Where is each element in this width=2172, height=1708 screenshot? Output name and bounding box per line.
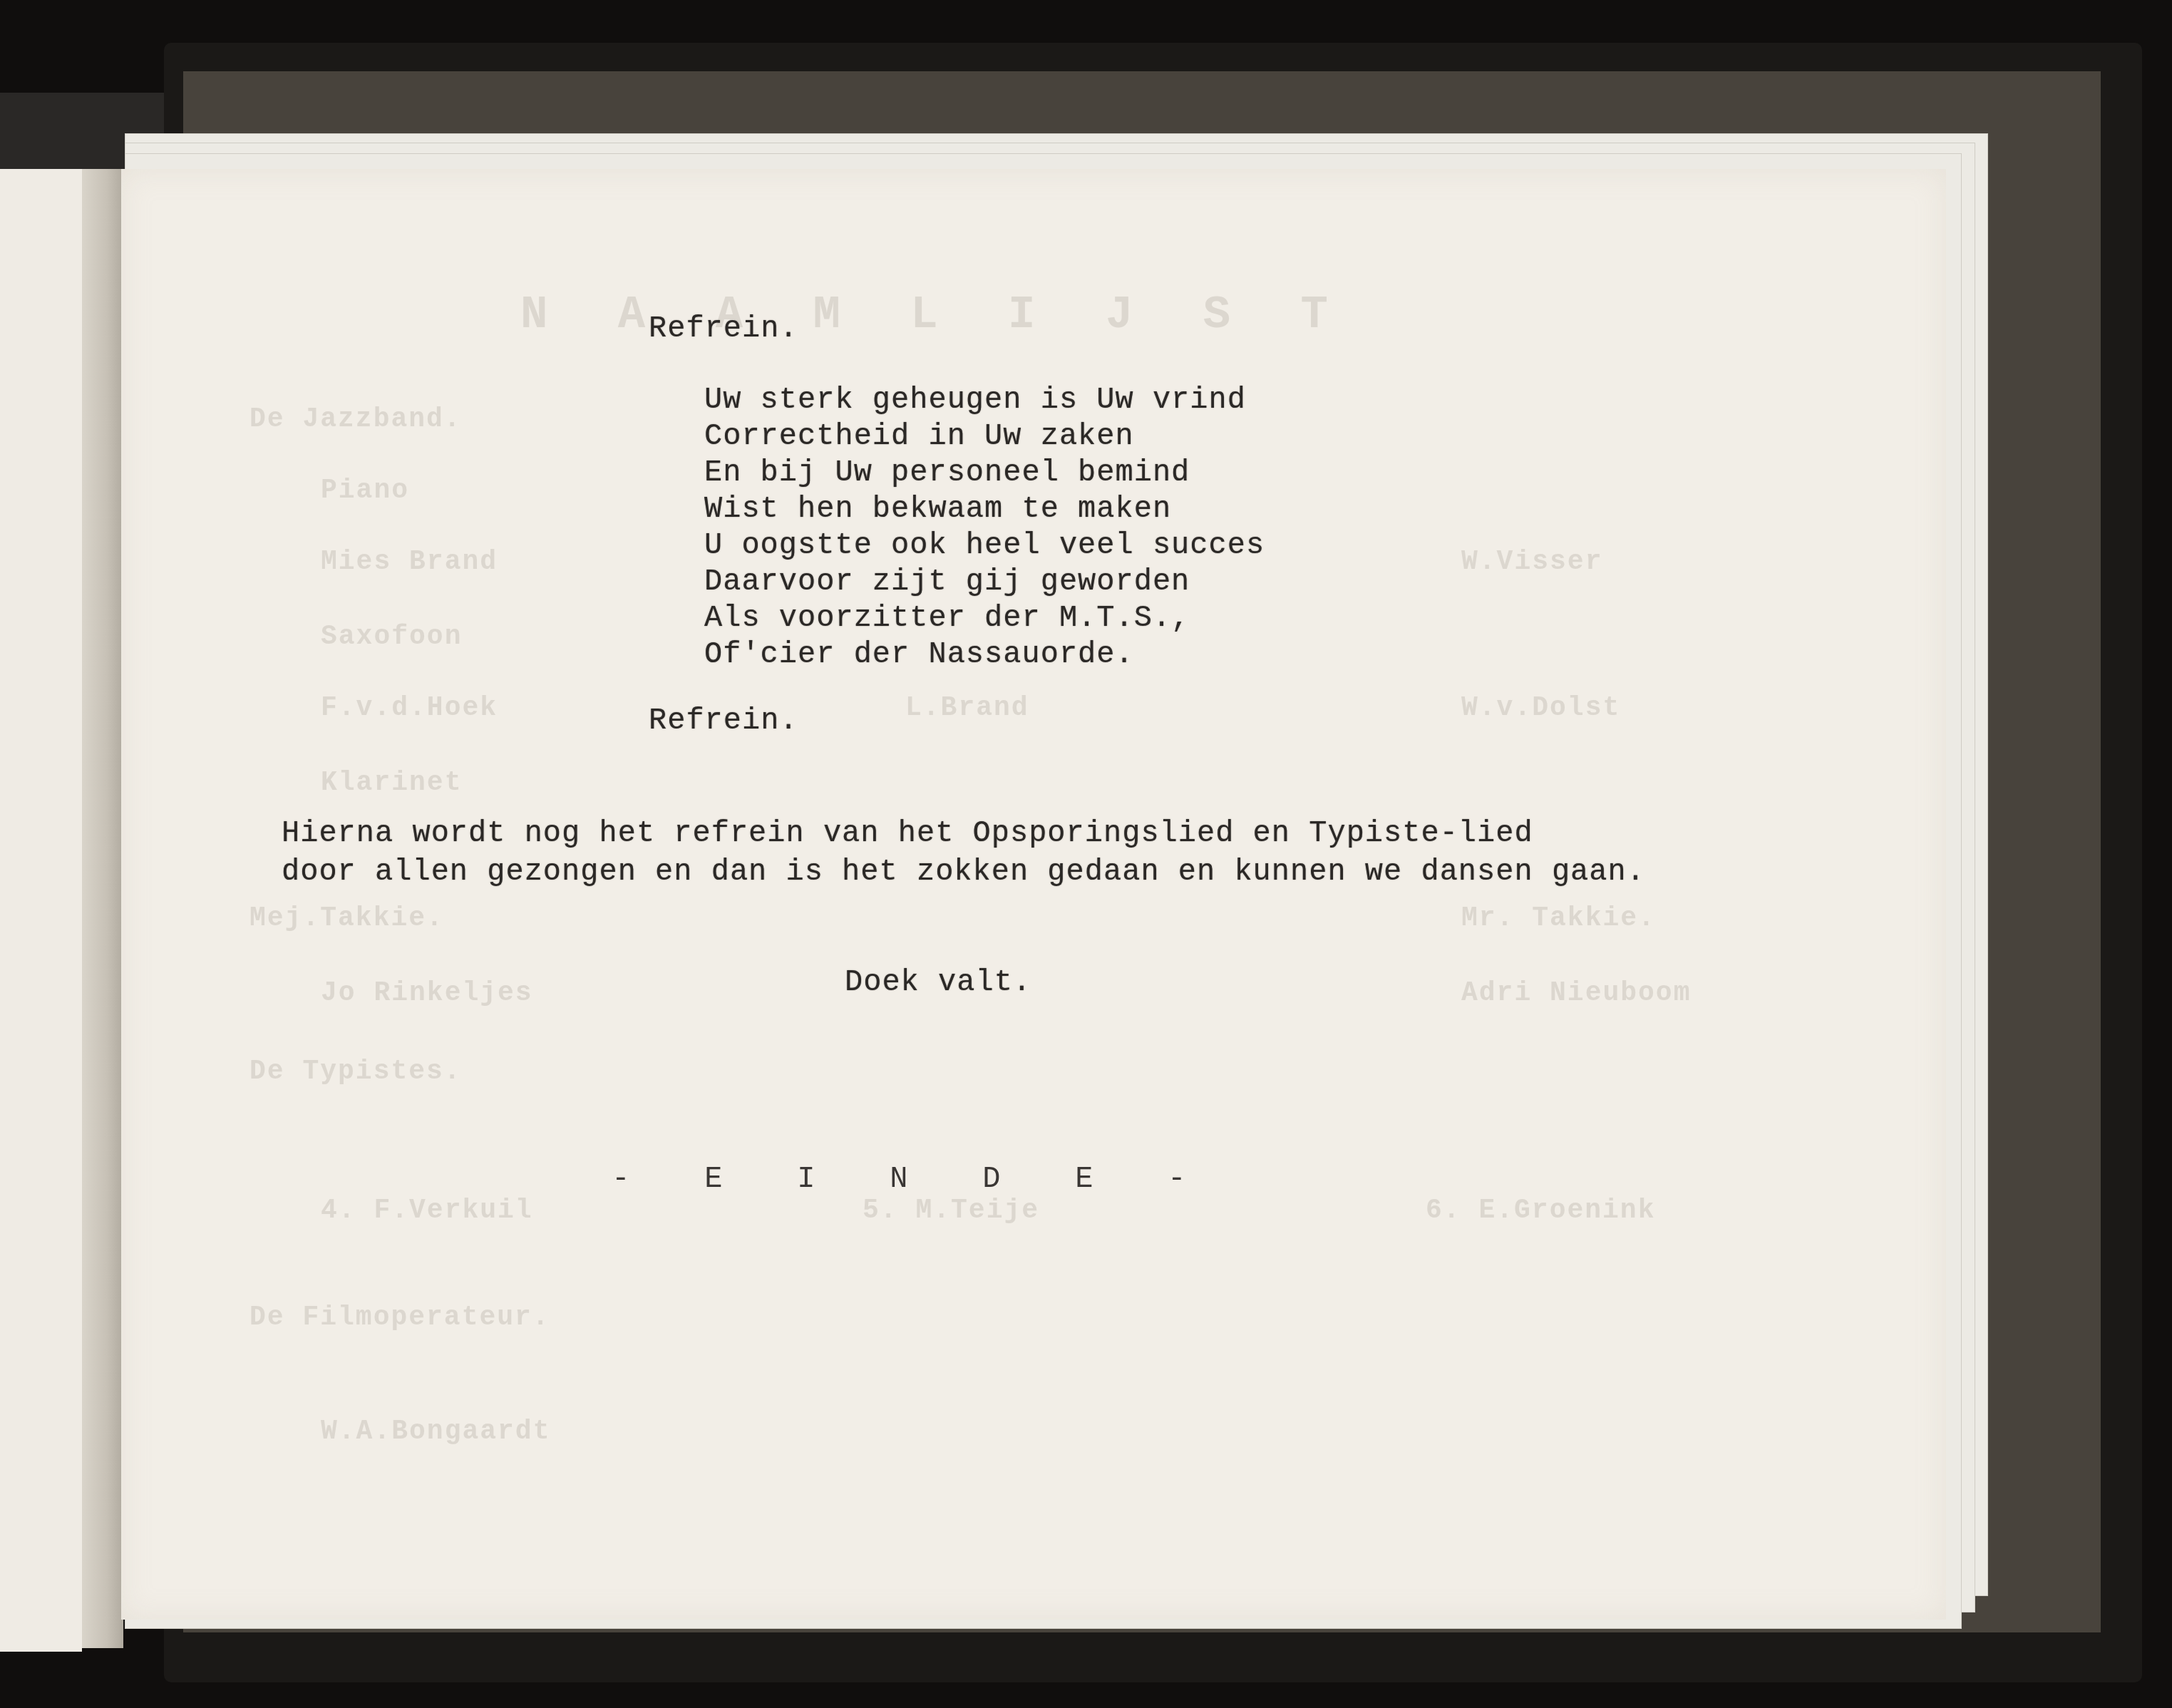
show-through-heading: N A A M L I J S T bbox=[520, 290, 1349, 341]
show-through-name: Adri Nieuboom bbox=[1461, 978, 1691, 1009]
lyric-line: Wist hen bekwaam te maken bbox=[704, 492, 1171, 526]
show-through-name: W.A.Bongaardt bbox=[321, 1416, 550, 1447]
lyric-line: Daarvoor zijt gij geworden bbox=[704, 565, 1190, 599]
page-gutter-shadow bbox=[82, 169, 123, 1648]
show-through-name: Jo Rinkeljes bbox=[321, 978, 533, 1009]
previous-page-edge bbox=[0, 169, 82, 1652]
show-through-name: W.v.Dolst bbox=[1461, 693, 1620, 724]
refrein-heading: Refrein. bbox=[649, 312, 798, 346]
einde-letter: I bbox=[760, 1162, 853, 1196]
einde-letter: E bbox=[1038, 1162, 1131, 1196]
show-through-name: W.Visser bbox=[1461, 547, 1602, 577]
show-through-label: Mej.Takkie. bbox=[249, 903, 444, 934]
show-through-name: Mies Brand bbox=[321, 547, 498, 577]
lyric-line: Als voorzitter der M.T.S., bbox=[704, 601, 1190, 635]
typed-page: N A A M L I J S T De Jazzband. Piano Sax… bbox=[121, 169, 1946, 1620]
show-through-name: 6. E.Groenink bbox=[1426, 1195, 1655, 1226]
einde-letter: E bbox=[667, 1162, 760, 1196]
show-through-name: F.v.d.Hoek bbox=[321, 693, 498, 724]
lyric-line: U oogstte ook heel veel succes bbox=[704, 528, 1265, 562]
lyric-line: En bij Uw personeel bemind bbox=[704, 456, 1190, 490]
einde-letter: - bbox=[1131, 1162, 1223, 1196]
refrein-heading: Refrein. bbox=[649, 704, 798, 738]
einde-letter: D bbox=[945, 1162, 1038, 1196]
show-through-name: 4. F.Verkuil bbox=[321, 1195, 533, 1226]
show-through-label: Saxofoon bbox=[321, 622, 462, 652]
lyric-line: Uw sterk geheugen is Uw vrind bbox=[704, 383, 1246, 417]
closing-paragraph-line: door allen gezongen en dan is het zokken… bbox=[282, 855, 1645, 889]
show-through-label: De Jazzband. bbox=[249, 404, 462, 435]
einde-letter: N bbox=[853, 1162, 945, 1196]
show-through-label: Piano bbox=[321, 475, 409, 506]
show-through-label: De Typistes. bbox=[249, 1056, 462, 1087]
closing-paragraph-line: Hierna wordt nog het refrein van het Ops… bbox=[282, 816, 1533, 850]
lyric-line: Of'cier der Nassauorde. bbox=[704, 637, 1134, 672]
show-through-label: De Filmoperateur. bbox=[249, 1302, 550, 1333]
show-through-label: Klarinet bbox=[321, 768, 462, 798]
show-through-name: Mr. Takkie. bbox=[1461, 903, 1656, 934]
show-through-name: L.Brand bbox=[905, 693, 1029, 724]
lyric-line: Correctheid in Uw zaken bbox=[704, 419, 1134, 453]
einde-marker: -EINDE- bbox=[503, 1128, 1223, 1230]
stage-direction: Doek valt. bbox=[845, 965, 1031, 999]
einde-letter: - bbox=[575, 1162, 667, 1196]
